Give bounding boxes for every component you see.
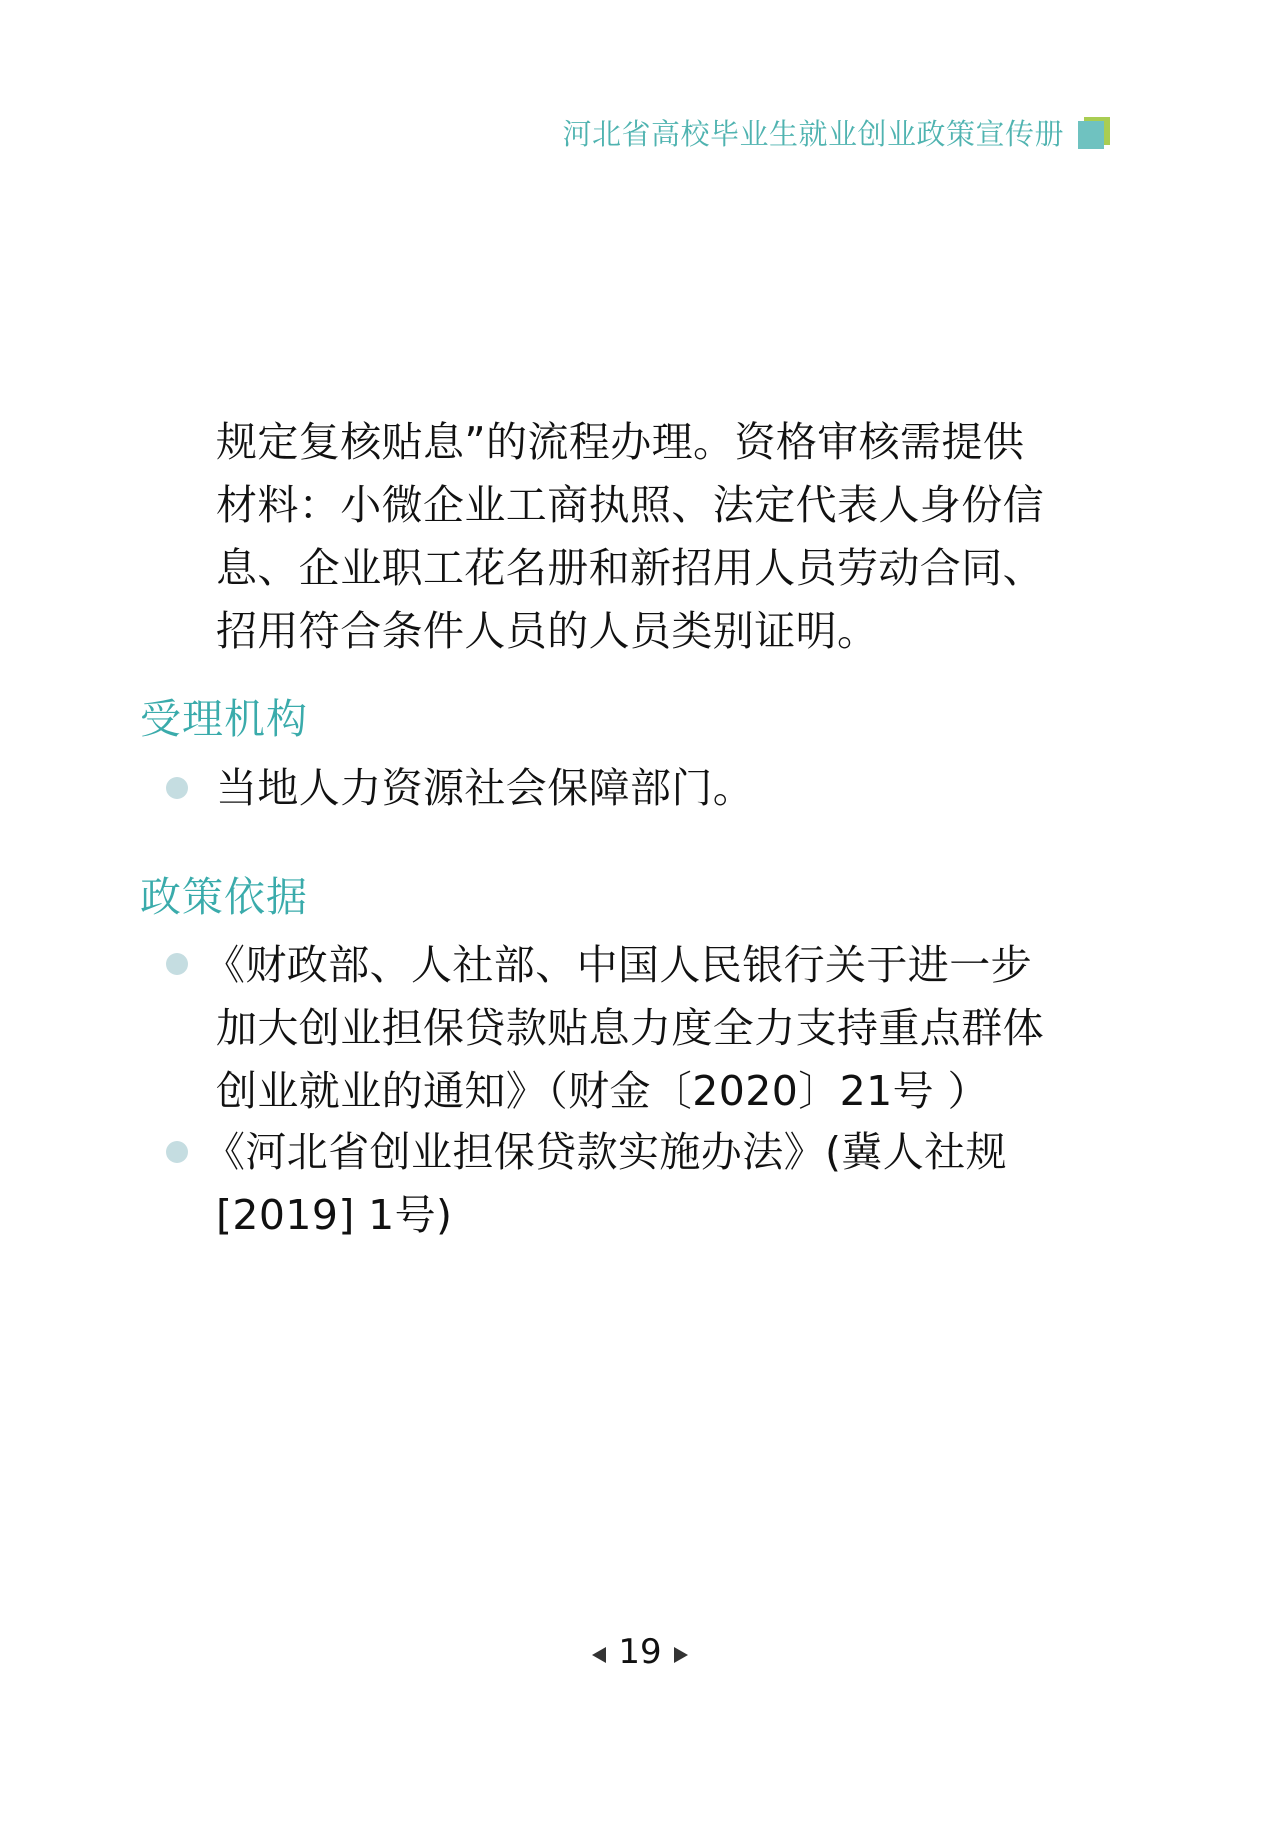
page-header: 河北省高校毕业生就业创业政策宣传册	[562, 112, 1110, 153]
page-number: 19	[618, 1632, 661, 1672]
triangle-right-icon	[674, 1647, 688, 1663]
bullet-dot-icon	[166, 953, 188, 975]
triangle-left-icon	[592, 1647, 606, 1663]
list-item: 《财政部、人社部、中国人民银行关于进一步 加大创业担保贷款贴息力度全力支持重点群…	[216, 934, 1044, 1123]
stacked-squares-icon	[1078, 117, 1110, 149]
section-heading-accepting-agency: 受理机构	[140, 694, 308, 744]
list-item-line: 加大创业担保贷款贴息力度全力支持重点群体	[216, 997, 1044, 1060]
paragraph-line: 招用符合条件人员的人员类别证明。	[216, 600, 1044, 663]
list-item-line: 《财政部、人社部、中国人民银行关于进一步	[204, 934, 1044, 997]
list-item-line: 创业就业的通知》（财金〔2020〕21号 ）	[216, 1060, 1044, 1123]
booklet-title: 河北省高校毕业生就业创业政策宣传册	[562, 112, 1064, 153]
list-item-line: [2019] 1号)	[216, 1184, 1007, 1247]
paragraph-line: 材料：小微企业工商执照、法定代表人身份信	[216, 474, 1044, 537]
icon-front-square	[1078, 121, 1104, 149]
section-heading-policy-basis: 政策依据	[140, 872, 308, 922]
list-item: 《河北省创业担保贷款实施办法》(冀人社规 [2019] 1号)	[216, 1121, 1007, 1247]
list-item-line: 当地人力资源社会保障部门。	[216, 757, 754, 820]
list-item: 当地人力资源社会保障部门。	[216, 757, 754, 820]
page-number-footer: 19	[0, 1632, 1280, 1672]
list-item-line: 《河北省创业担保贷款实施办法》(冀人社规	[204, 1121, 1007, 1184]
bullet-dot-icon	[166, 777, 188, 799]
bullet-dot-icon	[166, 1141, 188, 1163]
paragraph-line: 规定复核贴息”的流程办理。资格审核需提供	[216, 411, 1044, 474]
continuation-paragraph: 规定复核贴息”的流程办理。资格审核需提供 材料：小微企业工商执照、法定代表人身份…	[216, 411, 1044, 663]
paragraph-line: 息、企业职工花名册和新招用人员劳动合同、	[216, 537, 1044, 600]
